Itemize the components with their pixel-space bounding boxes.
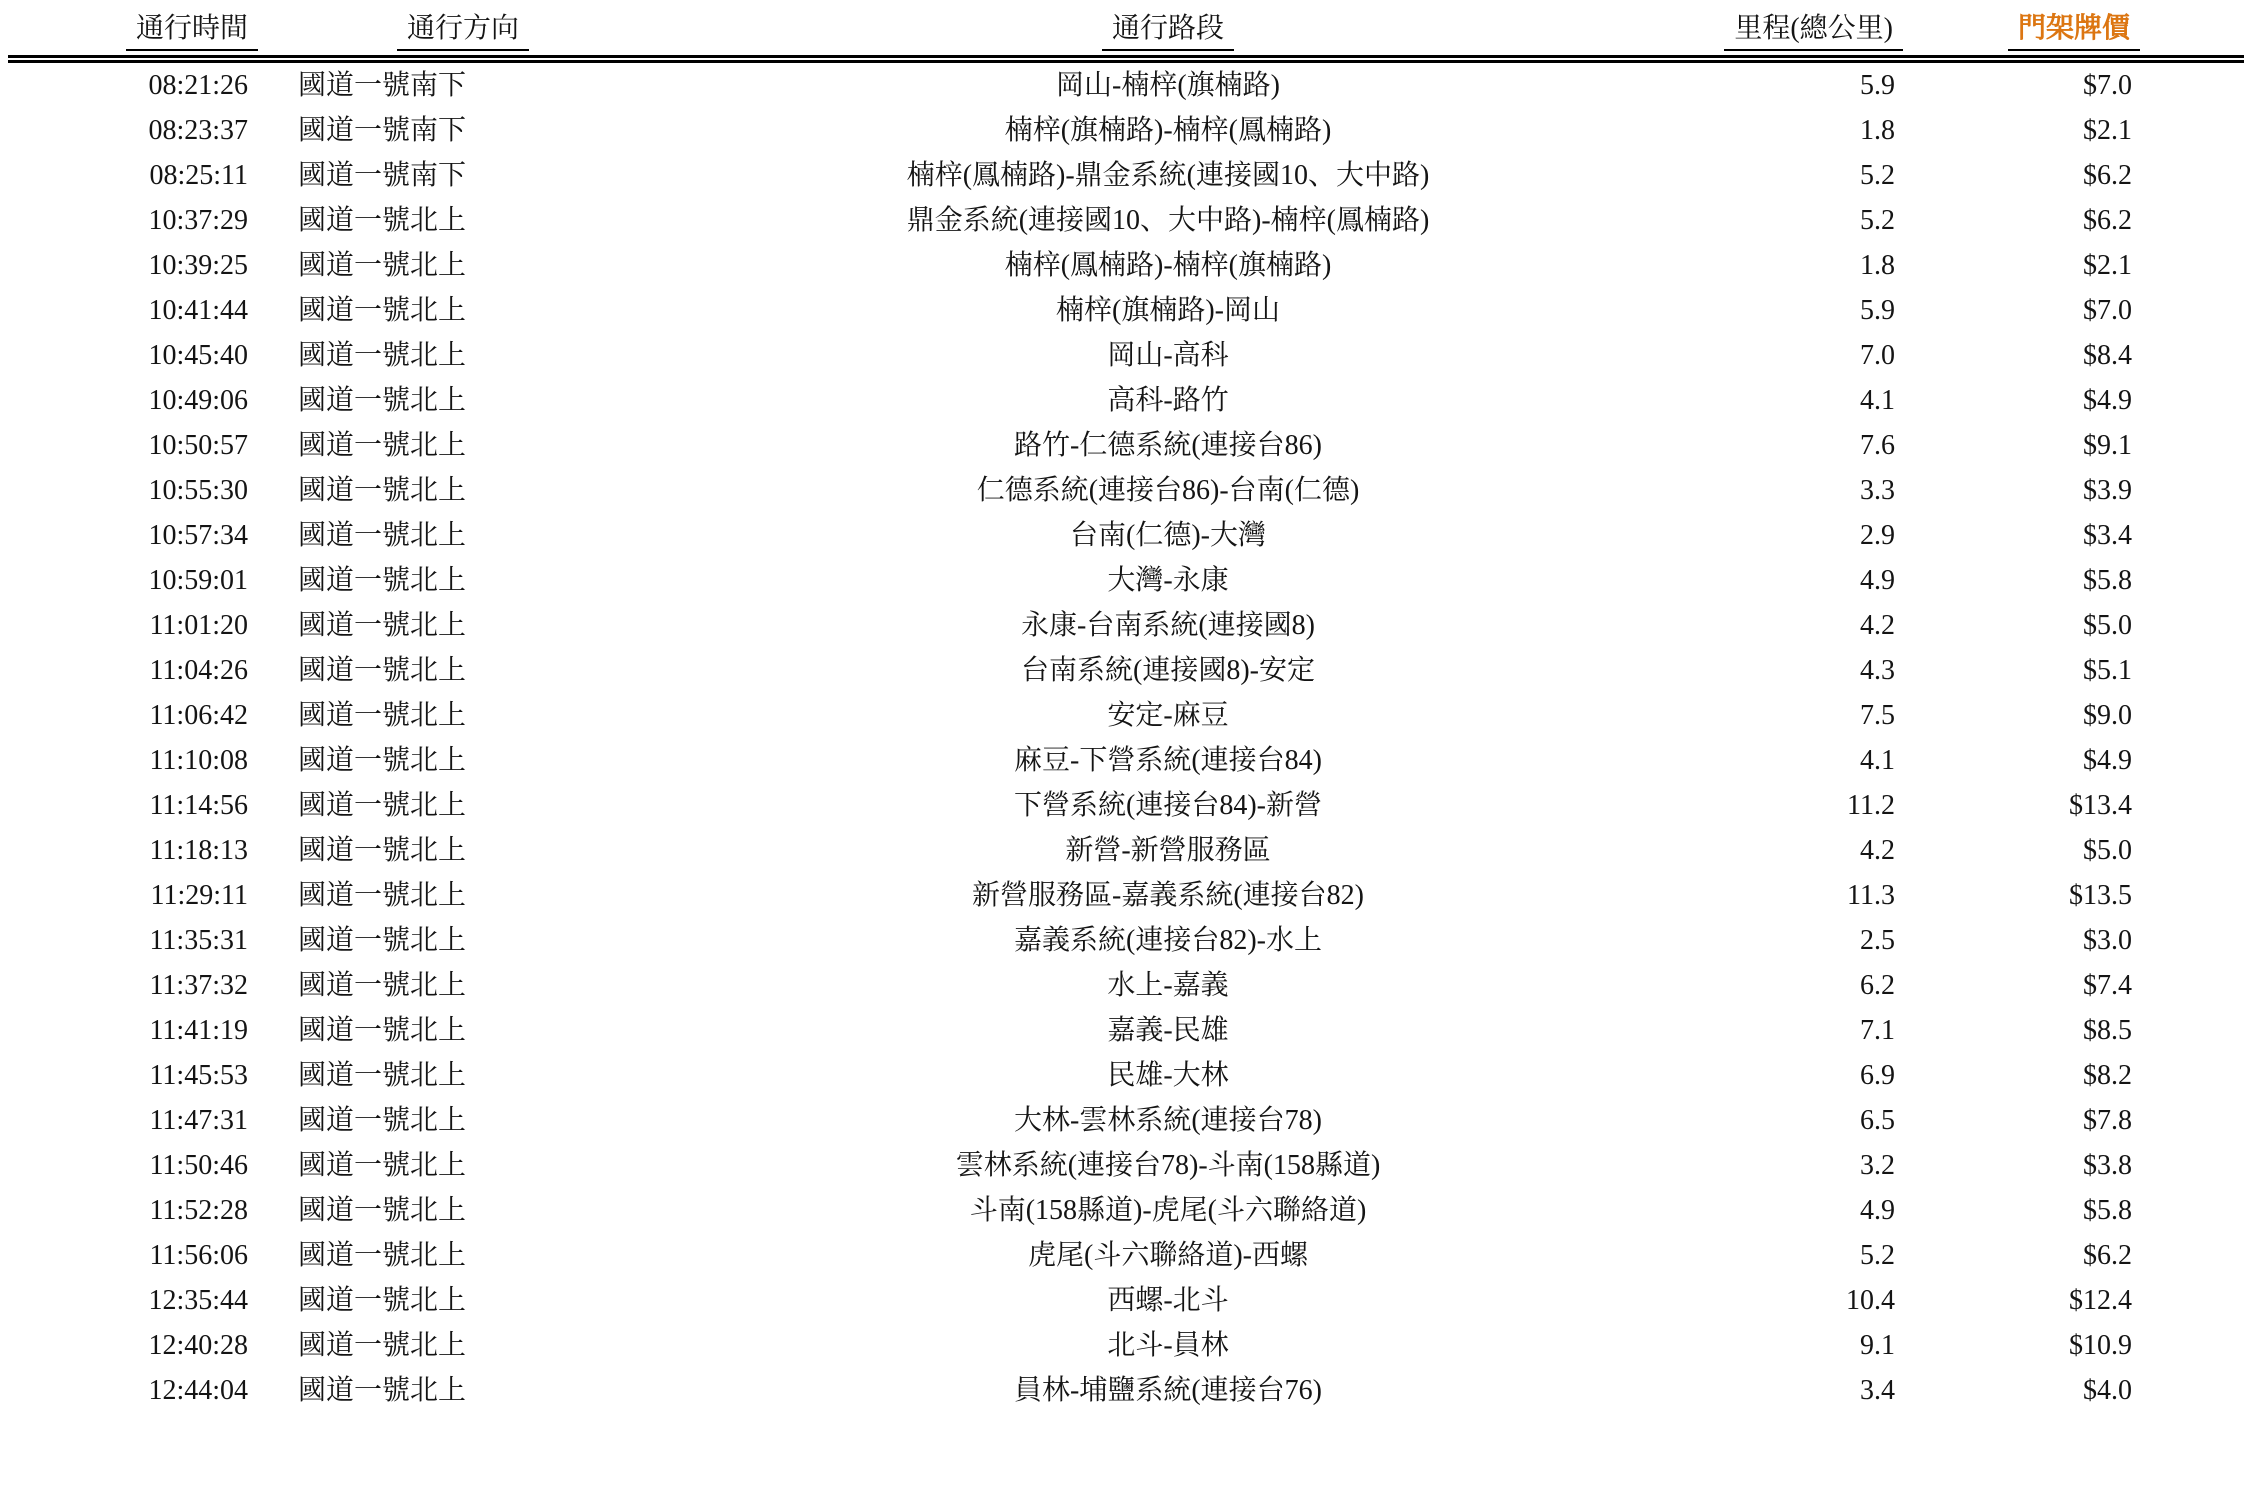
cell-route: 新營服務區-嘉義系統(連接台82): [668, 873, 1668, 918]
cell-time: 08:23:37: [8, 108, 258, 153]
cell-price: $2.1: [1943, 108, 2244, 153]
cell-direction: 國道一號北上: [258, 1323, 668, 1368]
table-row: 12:35:44國道一號北上西螺-北斗10.4$12.4: [8, 1278, 2244, 1323]
cell-distance: 4.3: [1668, 648, 1943, 693]
cell-price: $4.9: [1943, 378, 2244, 423]
cell-route: 仁德系統(連接台86)-台南(仁德): [668, 468, 1668, 513]
cell-time: 11:50:46: [8, 1143, 258, 1188]
cell-distance: 5.9: [1668, 288, 1943, 333]
cell-price: $9.0: [1943, 693, 2244, 738]
cell-price: $8.5: [1943, 1008, 2244, 1053]
cell-route: 路竹-仁德系統(連接台86): [668, 423, 1668, 468]
cell-price: $3.0: [1943, 918, 2244, 963]
cell-direction: 國道一號北上: [258, 378, 668, 423]
cell-time: 12:35:44: [8, 1278, 258, 1323]
cell-distance: 11.3: [1668, 873, 1943, 918]
cell-distance: 5.2: [1668, 1233, 1943, 1278]
table-row: 11:37:32國道一號北上水上-嘉義6.2$7.4: [8, 963, 2244, 1008]
column-header-label: 通行方向: [397, 6, 529, 51]
cell-distance: 4.9: [1668, 1188, 1943, 1233]
cell-direction: 國道一號北上: [258, 288, 668, 333]
cell-time: 12:40:28: [8, 1323, 258, 1368]
cell-price: $9.1: [1943, 423, 2244, 468]
cell-time: 10:39:25: [8, 243, 258, 288]
column-header-label: 通行時間: [126, 6, 258, 51]
cell-time: 11:35:31: [8, 918, 258, 963]
cell-route: 安定-麻豆: [668, 693, 1668, 738]
cell-distance: 6.2: [1668, 963, 1943, 1008]
cell-time: 08:21:26: [8, 59, 258, 108]
cell-direction: 國道一號北上: [258, 198, 668, 243]
cell-time: 11:47:31: [8, 1098, 258, 1143]
table-row: 12:44:04國道一號北上員林-埔鹽系統(連接台76)3.4$4.0: [8, 1368, 2244, 1413]
table-row: 10:55:30國道一號北上仁德系統(連接台86)-台南(仁德)3.3$3.9: [8, 468, 2244, 513]
table-row: 10:50:57國道一號北上路竹-仁德系統(連接台86)7.6$9.1: [8, 423, 2244, 468]
cell-distance: 4.2: [1668, 828, 1943, 873]
cell-direction: 國道一號北上: [258, 918, 668, 963]
cell-route: 台南系統(連接國8)-安定: [668, 648, 1668, 693]
cell-time: 11:10:08: [8, 738, 258, 783]
cell-route: 員林-埔鹽系統(連接台76): [668, 1368, 1668, 1413]
cell-distance: 4.1: [1668, 738, 1943, 783]
cell-price: $5.0: [1943, 828, 2244, 873]
cell-direction: 國道一號北上: [258, 1053, 668, 1098]
cell-price: $8.2: [1943, 1053, 2244, 1098]
cell-time: 10:45:40: [8, 333, 258, 378]
cell-price: $6.2: [1943, 153, 2244, 198]
cell-distance: 2.9: [1668, 513, 1943, 558]
cell-distance: 3.3: [1668, 468, 1943, 513]
cell-direction: 國道一號北上: [258, 1098, 668, 1143]
cell-direction: 國道一號北上: [258, 468, 668, 513]
cell-route: 台南(仁德)-大灣: [668, 513, 1668, 558]
cell-time: 11:04:26: [8, 648, 258, 693]
cell-direction: 國道一號北上: [258, 603, 668, 648]
cell-distance: 5.2: [1668, 198, 1943, 243]
cell-distance: 6.9: [1668, 1053, 1943, 1098]
cell-price: $5.1: [1943, 648, 2244, 693]
cell-time: 10:59:01: [8, 558, 258, 603]
cell-price: $3.4: [1943, 513, 2244, 558]
column-header-route: 通行路段: [668, 4, 1668, 59]
cell-time: 12:44:04: [8, 1368, 258, 1413]
table-row: 08:25:11國道一號南下楠梓(鳳楠路)-鼎金系統(連接國10、大中路)5.2…: [8, 153, 2244, 198]
cell-distance: 5.9: [1668, 59, 1943, 108]
cell-distance: 4.1: [1668, 378, 1943, 423]
cell-direction: 國道一號南下: [258, 153, 668, 198]
cell-route: 新營-新營服務區: [668, 828, 1668, 873]
cell-distance: 7.0: [1668, 333, 1943, 378]
cell-price: $13.5: [1943, 873, 2244, 918]
table-row: 11:06:42國道一號北上安定-麻豆7.5$9.0: [8, 693, 2244, 738]
table-row: 11:04:26國道一號北上台南系統(連接國8)-安定4.3$5.1: [8, 648, 2244, 693]
cell-distance: 3.2: [1668, 1143, 1943, 1188]
cell-distance: 4.2: [1668, 603, 1943, 648]
cell-route: 大灣-永康: [668, 558, 1668, 603]
cell-route: 雲林系統(連接台78)-斗南(158縣道): [668, 1143, 1668, 1188]
cell-route: 楠梓(旗楠路)-楠梓(鳳楠路): [668, 108, 1668, 153]
column-header-label: 門架牌價: [2008, 6, 2140, 51]
cell-direction: 國道一號北上: [258, 693, 668, 738]
cell-time: 11:52:28: [8, 1188, 258, 1233]
table-row: 10:41:44國道一號北上楠梓(旗楠路)-岡山5.9$7.0: [8, 288, 2244, 333]
cell-route: 岡山-高科: [668, 333, 1668, 378]
cell-time: 11:45:53: [8, 1053, 258, 1098]
table-row: 11:14:56國道一號北上下營系統(連接台84)-新營11.2$13.4: [8, 783, 2244, 828]
cell-direction: 國道一號北上: [258, 1188, 668, 1233]
cell-distance: 9.1: [1668, 1323, 1943, 1368]
cell-route: 西螺-北斗: [668, 1278, 1668, 1323]
cell-route: 下營系統(連接台84)-新營: [668, 783, 1668, 828]
cell-distance: 2.5: [1668, 918, 1943, 963]
table-row: 11:56:06國道一號北上虎尾(斗六聯絡道)-西螺5.2$6.2: [8, 1233, 2244, 1278]
cell-time: 11:01:20: [8, 603, 258, 648]
cell-price: $6.2: [1943, 198, 2244, 243]
table-row: 11:52:28國道一號北上斗南(158縣道)-虎尾(斗六聯絡道)4.9$5.8: [8, 1188, 2244, 1233]
cell-price: $7.0: [1943, 59, 2244, 108]
cell-time: 10:55:30: [8, 468, 258, 513]
cell-route: 楠梓(鳳楠路)-鼎金系統(連接國10、大中路): [668, 153, 1668, 198]
cell-price: $4.9: [1943, 738, 2244, 783]
cell-direction: 國道一號北上: [258, 1233, 668, 1278]
table-row: 10:45:40國道一號北上岡山-高科7.0$8.4: [8, 333, 2244, 378]
cell-direction: 國道一號南下: [258, 59, 668, 108]
cell-direction: 國道一號北上: [258, 1008, 668, 1053]
table-row: 10:49:06國道一號北上高科-路竹4.1$4.9: [8, 378, 2244, 423]
table-row: 10:59:01國道一號北上大灣-永康4.9$5.8: [8, 558, 2244, 603]
cell-route: 虎尾(斗六聯絡道)-西螺: [668, 1233, 1668, 1278]
table-row: 08:21:26國道一號南下岡山-楠梓(旗楠路)5.9$7.0: [8, 59, 2244, 108]
cell-direction: 國道一號北上: [258, 963, 668, 1008]
cell-price: $3.8: [1943, 1143, 2244, 1188]
toll-table: 通行時間通行方向通行路段里程(總公里)門架牌價 08:21:26國道一號南下岡山…: [8, 4, 2244, 1413]
cell-route: 嘉義-民雄: [668, 1008, 1668, 1053]
cell-direction: 國道一號北上: [258, 873, 668, 918]
cell-route: 高科-路竹: [668, 378, 1668, 423]
cell-time: 10:37:29: [8, 198, 258, 243]
table-row: 08:23:37國道一號南下楠梓(旗楠路)-楠梓(鳳楠路)1.8$2.1: [8, 108, 2244, 153]
cell-distance: 3.4: [1668, 1368, 1943, 1413]
table-row: 11:50:46國道一號北上雲林系統(連接台78)-斗南(158縣道)3.2$3…: [8, 1143, 2244, 1188]
cell-time: 11:41:19: [8, 1008, 258, 1053]
cell-distance: 1.8: [1668, 243, 1943, 288]
cell-distance: 6.5: [1668, 1098, 1943, 1143]
cell-price: $4.0: [1943, 1368, 2244, 1413]
cell-price: $7.8: [1943, 1098, 2244, 1143]
cell-time: 10:49:06: [8, 378, 258, 423]
column-header-label: 里程(總公里): [1724, 6, 1903, 51]
cell-distance: 7.1: [1668, 1008, 1943, 1053]
cell-price: $3.9: [1943, 468, 2244, 513]
cell-direction: 國道一號北上: [258, 558, 668, 603]
cell-distance: 7.6: [1668, 423, 1943, 468]
table-row: 12:40:28國道一號北上北斗-員林9.1$10.9: [8, 1323, 2244, 1368]
cell-price: $5.8: [1943, 558, 2244, 603]
table-row: 10:39:25國道一號北上楠梓(鳳楠路)-楠梓(旗楠路)1.8$2.1: [8, 243, 2244, 288]
table-row: 11:01:20國道一號北上永康-台南系統(連接國8)4.2$5.0: [8, 603, 2244, 648]
cell-direction: 國道一號北上: [258, 828, 668, 873]
cell-time: 08:25:11: [8, 153, 258, 198]
table-row: 10:57:34國道一號北上台南(仁德)-大灣2.9$3.4: [8, 513, 2244, 558]
table-row: 11:18:13國道一號北上新營-新營服務區4.2$5.0: [8, 828, 2244, 873]
cell-time: 10:41:44: [8, 288, 258, 333]
cell-time: 10:50:57: [8, 423, 258, 468]
table-row: 11:35:31國道一號北上嘉義系統(連接台82)-水上2.5$3.0: [8, 918, 2244, 963]
cell-direction: 國道一號北上: [258, 513, 668, 558]
cell-route: 大林-雲林系統(連接台78): [668, 1098, 1668, 1143]
cell-price: $6.2: [1943, 1233, 2244, 1278]
cell-distance: 10.4: [1668, 1278, 1943, 1323]
cell-price: $8.4: [1943, 333, 2244, 378]
table-row: 11:47:31國道一號北上大林-雲林系統(連接台78)6.5$7.8: [8, 1098, 2244, 1143]
cell-time: 11:18:13: [8, 828, 258, 873]
table-row: 10:37:29國道一號北上鼎金系統(連接國10、大中路)-楠梓(鳳楠路)5.2…: [8, 198, 2244, 243]
cell-time: 11:56:06: [8, 1233, 258, 1278]
cell-route: 民雄-大林: [668, 1053, 1668, 1098]
cell-distance: 4.9: [1668, 558, 1943, 603]
cell-price: $10.9: [1943, 1323, 2244, 1368]
table-row: 11:29:11國道一號北上新營服務區-嘉義系統(連接台82)11.3$13.5: [8, 873, 2244, 918]
cell-time: 11:37:32: [8, 963, 258, 1008]
cell-price: $7.0: [1943, 288, 2244, 333]
column-header-price: 門架牌價: [1943, 4, 2244, 59]
header-row: 通行時間通行方向通行路段里程(總公里)門架牌價: [8, 4, 2244, 59]
cell-route: 鼎金系統(連接國10、大中路)-楠梓(鳳楠路): [668, 198, 1668, 243]
cell-time: 11:06:42: [8, 693, 258, 738]
cell-direction: 國道一號北上: [258, 333, 668, 378]
cell-price: $5.0: [1943, 603, 2244, 648]
column-header-distance: 里程(總公里): [1668, 4, 1943, 59]
cell-route: 嘉義系統(連接台82)-水上: [668, 918, 1668, 963]
cell-distance: 11.2: [1668, 783, 1943, 828]
cell-direction: 國道一號北上: [258, 648, 668, 693]
cell-distance: 1.8: [1668, 108, 1943, 153]
cell-route: 楠梓(旗楠路)-岡山: [668, 288, 1668, 333]
cell-route: 楠梓(鳳楠路)-楠梓(旗楠路): [668, 243, 1668, 288]
cell-direction: 國道一號北上: [258, 423, 668, 468]
cell-direction: 國道一號北上: [258, 738, 668, 783]
cell-direction: 國道一號北上: [258, 243, 668, 288]
cell-price: $13.4: [1943, 783, 2244, 828]
cell-time: 10:57:34: [8, 513, 258, 558]
toll-table-body: 08:21:26國道一號南下岡山-楠梓(旗楠路)5.9$7.008:23:37國…: [8, 59, 2244, 1413]
cell-route: 水上-嘉義: [668, 963, 1668, 1008]
cell-direction: 國道一號北上: [258, 1143, 668, 1188]
cell-direction: 國道一號北上: [258, 783, 668, 828]
column-header-label: 通行路段: [1102, 6, 1234, 51]
cell-route: 斗南(158縣道)-虎尾(斗六聯絡道): [668, 1188, 1668, 1233]
column-header-direction: 通行方向: [258, 4, 668, 59]
table-row: 11:41:19國道一號北上嘉義-民雄7.1$8.5: [8, 1008, 2244, 1053]
cell-distance: 7.5: [1668, 693, 1943, 738]
cell-route: 岡山-楠梓(旗楠路): [668, 59, 1668, 108]
cell-distance: 5.2: [1668, 153, 1943, 198]
cell-direction: 國道一號北上: [258, 1368, 668, 1413]
cell-route: 北斗-員林: [668, 1323, 1668, 1368]
cell-route: 永康-台南系統(連接國8): [668, 603, 1668, 648]
cell-price: $7.4: [1943, 963, 2244, 1008]
cell-price: $12.4: [1943, 1278, 2244, 1323]
cell-direction: 國道一號北上: [258, 1278, 668, 1323]
cell-route: 麻豆-下營系統(連接台84): [668, 738, 1668, 783]
cell-time: 11:29:11: [8, 873, 258, 918]
cell-price: $5.8: [1943, 1188, 2244, 1233]
table-row: 11:10:08國道一號北上麻豆-下營系統(連接台84)4.1$4.9: [8, 738, 2244, 783]
cell-price: $2.1: [1943, 243, 2244, 288]
table-row: 11:45:53國道一號北上民雄-大林6.9$8.2: [8, 1053, 2244, 1098]
cell-time: 11:14:56: [8, 783, 258, 828]
column-header-time: 通行時間: [8, 4, 258, 59]
cell-direction: 國道一號南下: [258, 108, 668, 153]
